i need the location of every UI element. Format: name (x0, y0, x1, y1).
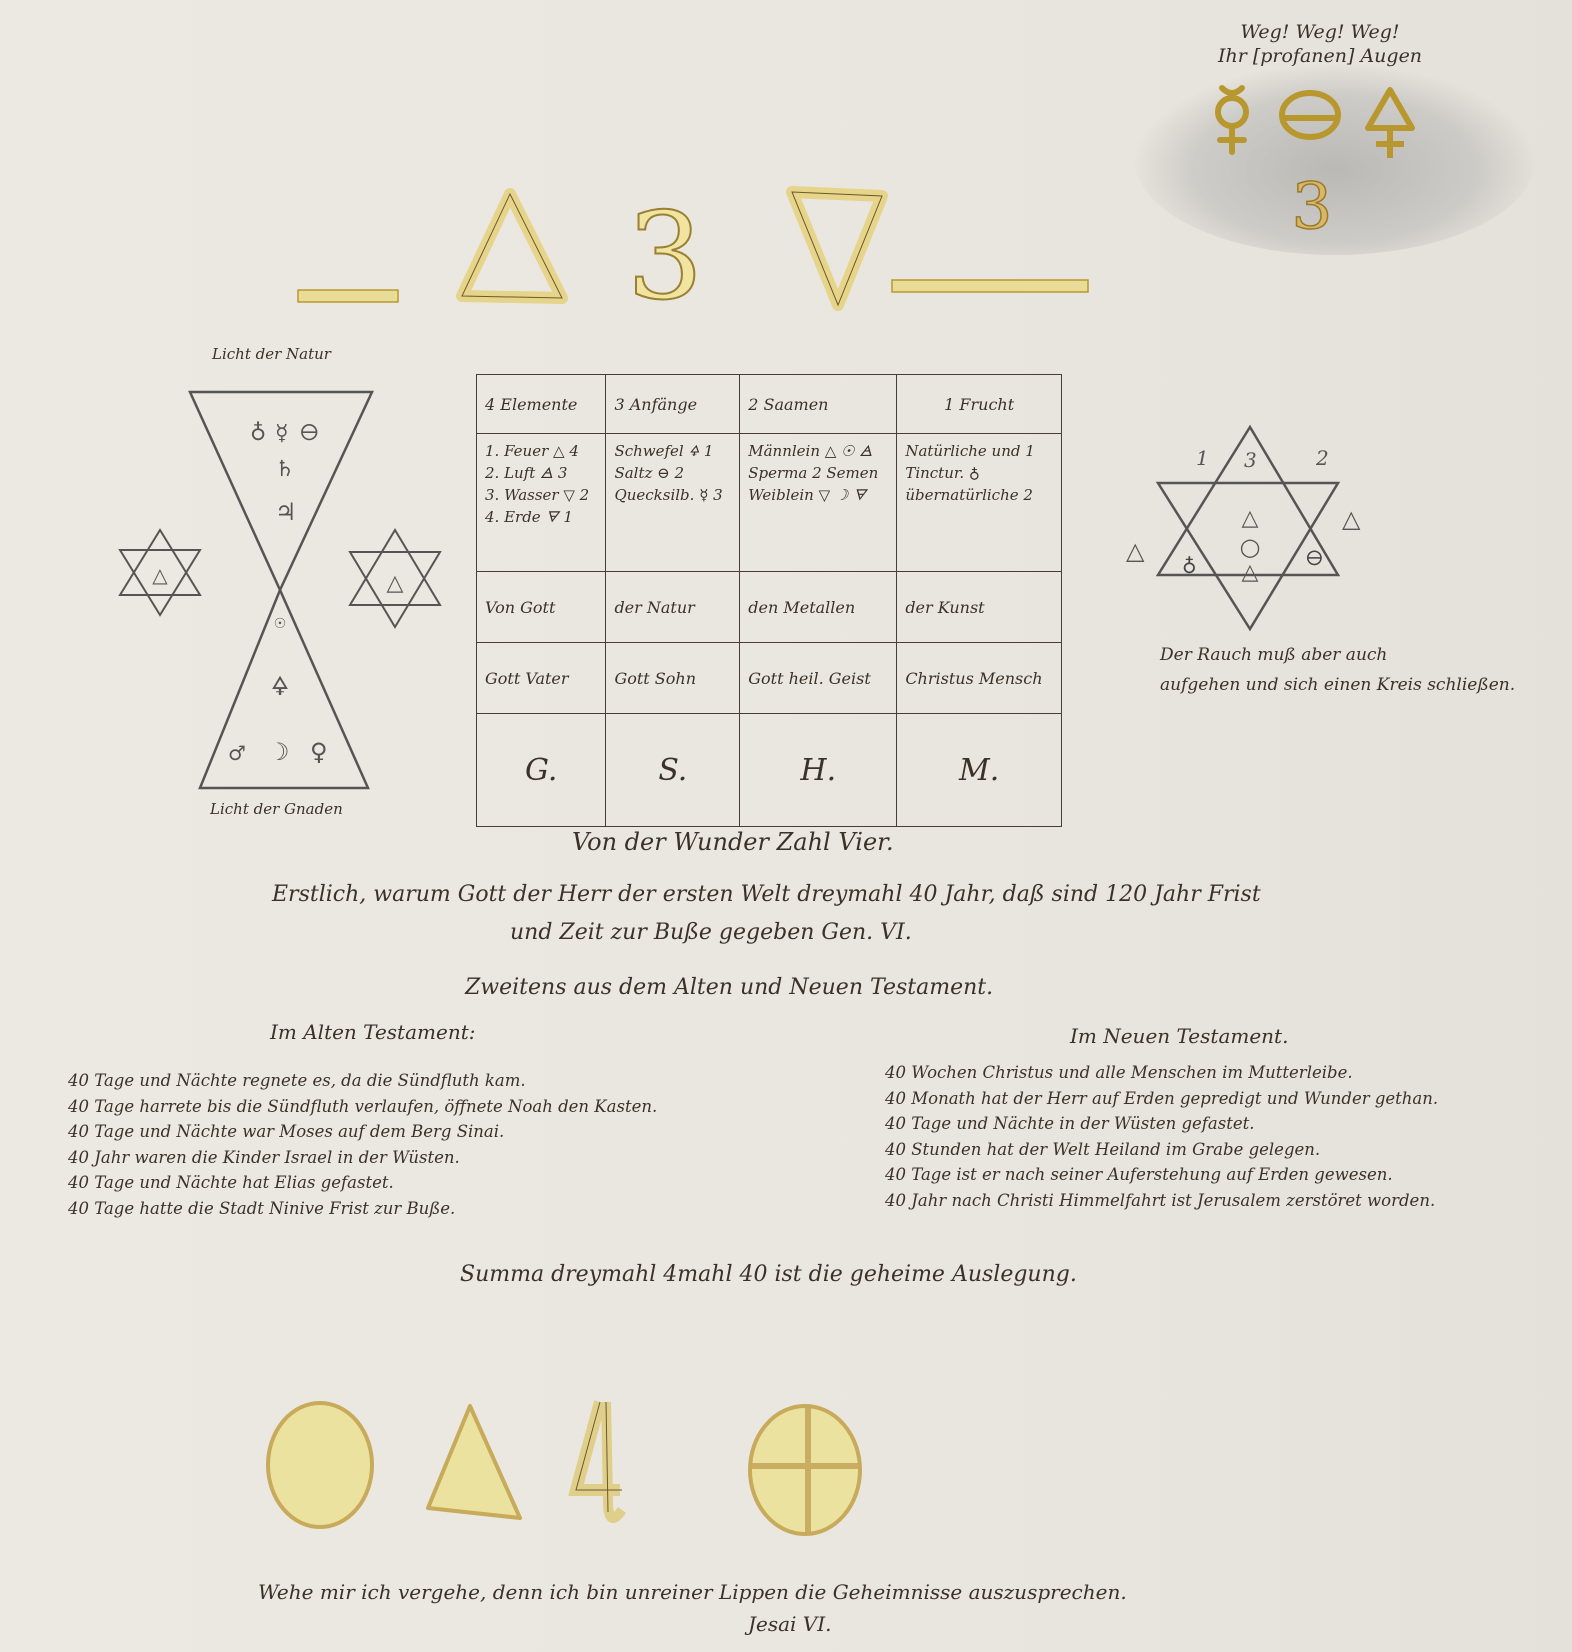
salt-icon (1282, 93, 1338, 137)
principle-salt: Saltz ⊖ 2 (614, 462, 731, 484)
circled-cross-icon (750, 1406, 860, 1534)
right-star-diagram: 1 3 2 △ △ △ ○ △ ♁ 🜔 (1120, 415, 1380, 635)
origin-art: der Kunst (897, 572, 1062, 643)
bottom-banner (260, 1390, 1020, 1550)
letter-s: S. (606, 714, 740, 827)
fruit-tincture: Tinctur. ♁ (905, 462, 1053, 484)
number-four-icon (576, 1402, 622, 1518)
header-seeds: 2 Saamen (740, 375, 897, 434)
triangle-icon (428, 1406, 520, 1518)
closing-line1: Wehe mir ich vergehe, denn ich bin unrei… (258, 1580, 1127, 1604)
list-item: 40 Tage und Nächte hat Elias gefastet. (68, 1170, 657, 1196)
old-testament-heading: Im Alten Testament: (270, 1020, 475, 1044)
list-item: 40 Tage hatte die Stadt Ninive Frist zur… (68, 1196, 657, 1222)
seed-male: Männlein △ ☉ 🜁 (748, 440, 888, 462)
top-banner: 3 (270, 170, 1130, 320)
person-father: Gott Vater (477, 643, 606, 714)
outer-right-triangle-icon: △ (1342, 505, 1361, 533)
left-hexagram-triangle: △ (152, 563, 168, 587)
origin-god: Von Gott (477, 572, 606, 643)
seed-sperma: Sperma 2 Semen (748, 462, 888, 484)
list-item: 40 Monath hat der Herr auf Erden gepredi… (885, 1086, 1438, 1112)
sun-symbol-icon: ☉ (274, 616, 287, 632)
table-letter-row: G. S. H. M. (477, 714, 1062, 827)
main-text-line3: Zweitens aus dem Alten und Neuen Testame… (465, 975, 993, 1000)
header-elements: 4 Elemente (477, 375, 606, 434)
element-earth: 4. Erde 🜃 1 (485, 506, 597, 528)
saturn-symbol-icon: ♄ (275, 457, 295, 482)
right-hexagram-icon: △ (345, 525, 445, 635)
closing-reference: Jesai VI. (748, 1612, 832, 1636)
moon-symbol-icon: ☽ (268, 738, 290, 766)
table-origin-row: Von Gott der Natur den Metallen der Kuns… (477, 572, 1062, 643)
circle-icon (268, 1403, 372, 1527)
header-fruit: 1 Frucht (897, 375, 1062, 434)
hourglass-bottom-label: Licht der Gnaden (210, 800, 343, 818)
vignette-caption-line1: Weg! Weg! Weg! (1160, 20, 1480, 44)
mars-symbol-icon: ♂ (228, 741, 246, 765)
fruit-natural: Natürliche und 1 (905, 440, 1053, 462)
list-item: 40 Tage ist er nach seiner Auferstehung … (885, 1162, 1438, 1188)
table-header-row: 4 Elemente 3 Anfänge 2 Saamen 1 Frucht (477, 375, 1062, 434)
person-christ-man: Christus Mensch (897, 643, 1062, 714)
right-dash-icon (892, 280, 1088, 292)
main-text-line2: und Zeit zur Buße gegeben Gen. VI. (510, 920, 912, 945)
element-air: 2. Luft 🜁 3 (485, 462, 597, 484)
star-caption-line2: aufgehen und sich einen Kreis schließen. (1160, 670, 1515, 700)
table-person-row: Gott Vater Gott Sohn Gott heil. Geist Ch… (477, 643, 1062, 714)
list-item: 40 Jahr nach Christi Himmelfahrt ist Jer… (885, 1188, 1438, 1214)
list-item: 40 Tage und Nächte in der Wüsten gefaste… (885, 1111, 1438, 1137)
person-son: Gott Sohn (606, 643, 740, 714)
fruit-supernatural: übernatürliche 2 (905, 484, 1053, 506)
venus-symbol-icon: ♀ (310, 738, 328, 766)
center-top-triangle-icon: △ (1242, 506, 1259, 531)
center-circle-icon: ○ (1240, 533, 1261, 561)
new-testament-heading: Im Neuen Testament. (1070, 1024, 1288, 1048)
seed-female: Weiblein ▽ ☽ 🜃 (748, 484, 888, 506)
fire-triangle-icon (462, 194, 562, 298)
vignette-number-three: 3 (1292, 170, 1333, 240)
letter-m: M. (897, 714, 1062, 827)
right-star-caption: Der Rauch muß aber auch aufgehen und sic… (1160, 640, 1515, 700)
principle-sulphur: Schwefel 🜍 1 (614, 440, 731, 462)
elements-cell: 1. Feuer △ 4 2. Luft 🜁 3 3. Wasser ▽ 2 4… (477, 434, 606, 572)
fruit-cell: Natürliche und 1 Tinctur. ♁ übernatürlic… (897, 434, 1062, 572)
banner-number-three: 3 (627, 188, 703, 320)
table-body-row: 1. Feuer △ 4 2. Luft 🜁 3 3. Wasser ▽ 2 4… (477, 434, 1062, 572)
vignette-symbols: 3 (1200, 80, 1480, 240)
left-dash-icon (298, 290, 398, 302)
list-item: 40 Jahr waren die Kinder Israel in der W… (68, 1145, 657, 1171)
sulphur-icon (1368, 90, 1412, 158)
principles-cell: Schwefel 🜍 1 Saltz ⊖ 2 Quecksilb. ☿ 3 (606, 434, 740, 572)
left-hexagram-icon: △ (115, 525, 205, 620)
list-item: 40 Wochen Christus und alle Menschen im … (885, 1060, 1438, 1086)
water-triangle-icon (792, 192, 882, 305)
letter-h: H. (740, 714, 897, 827)
outer-left-triangle-icon: △ (1126, 537, 1145, 565)
correspondence-table: 4 Elemente 3 Anfänge 2 Saamen 1 Frucht 1… (476, 374, 1062, 827)
element-water: 3. Wasser ▽ 2 (485, 484, 597, 506)
alum-symbol-icon: 🜔 (300, 421, 318, 446)
new-testament-list: 40 Wochen Christus und alle Menschen im … (885, 1060, 1438, 1213)
hourglass-top-label: Licht der Natur (212, 345, 331, 363)
earth-symbol-icon: ♁ (250, 421, 266, 446)
person-holy-spirit: Gott heil. Geist (740, 643, 897, 714)
vignette-caption: Weg! Weg! Weg! Ihr [profanen] Augen (1160, 20, 1480, 68)
star-caption-line1: Der Rauch muß aber auch (1160, 640, 1515, 670)
list-item: 40 Tage und Nächte regnete es, da die Sü… (68, 1068, 657, 1094)
star-number-2: 2 (1315, 446, 1329, 470)
principle-mercury: Quecksilb. ☿ 3 (614, 484, 731, 506)
origin-metals: den Metallen (740, 572, 897, 643)
origin-nature: der Natur (606, 572, 740, 643)
jupiter-symbol-icon: ♃ (275, 498, 297, 526)
vignette-caption-line2: Ihr [profanen] Augen (1160, 44, 1480, 68)
sulphur-symbol-icon: 🜍 (271, 672, 289, 702)
section-title: Von der Wunder Zahl Vier. (572, 828, 894, 856)
main-text-line1: Erstlich, warum Gott der Herr der ersten… (272, 882, 1261, 907)
mercury-icon (1218, 88, 1246, 152)
letter-g: G. (477, 714, 606, 827)
center-bottom-triangle-icon: △ (1242, 560, 1259, 585)
old-testament-list: 40 Tage und Nächte regnete es, da die Sü… (68, 1068, 657, 1221)
list-item: 40 Tage und Nächte war Moses auf dem Ber… (68, 1119, 657, 1145)
seeds-cell: Männlein △ ☉ 🜁 Sperma 2 Semen Weiblein ▽… (740, 434, 897, 572)
list-item: 40 Tage harrete bis die Sündfluth verlau… (68, 1094, 657, 1120)
mercury-symbol-icon: ☿ (275, 421, 289, 446)
header-principles: 3 Anfänge (606, 375, 740, 434)
summary-line: Summa dreymahl 4mahl 40 ist die geheime … (460, 1262, 1077, 1287)
right-hexagram-triangle: △ (387, 571, 404, 596)
star-number-3: 3 (1244, 448, 1257, 472)
star-number-1: 1 (1196, 446, 1209, 470)
element-fire: 1. Feuer △ 4 (485, 440, 597, 462)
right-point-alum-icon: 🜔 (1306, 546, 1323, 570)
left-point-earth-icon: ♁ (1182, 554, 1197, 578)
list-item: 40 Stunden hat der Welt Heiland im Grabe… (885, 1137, 1438, 1163)
